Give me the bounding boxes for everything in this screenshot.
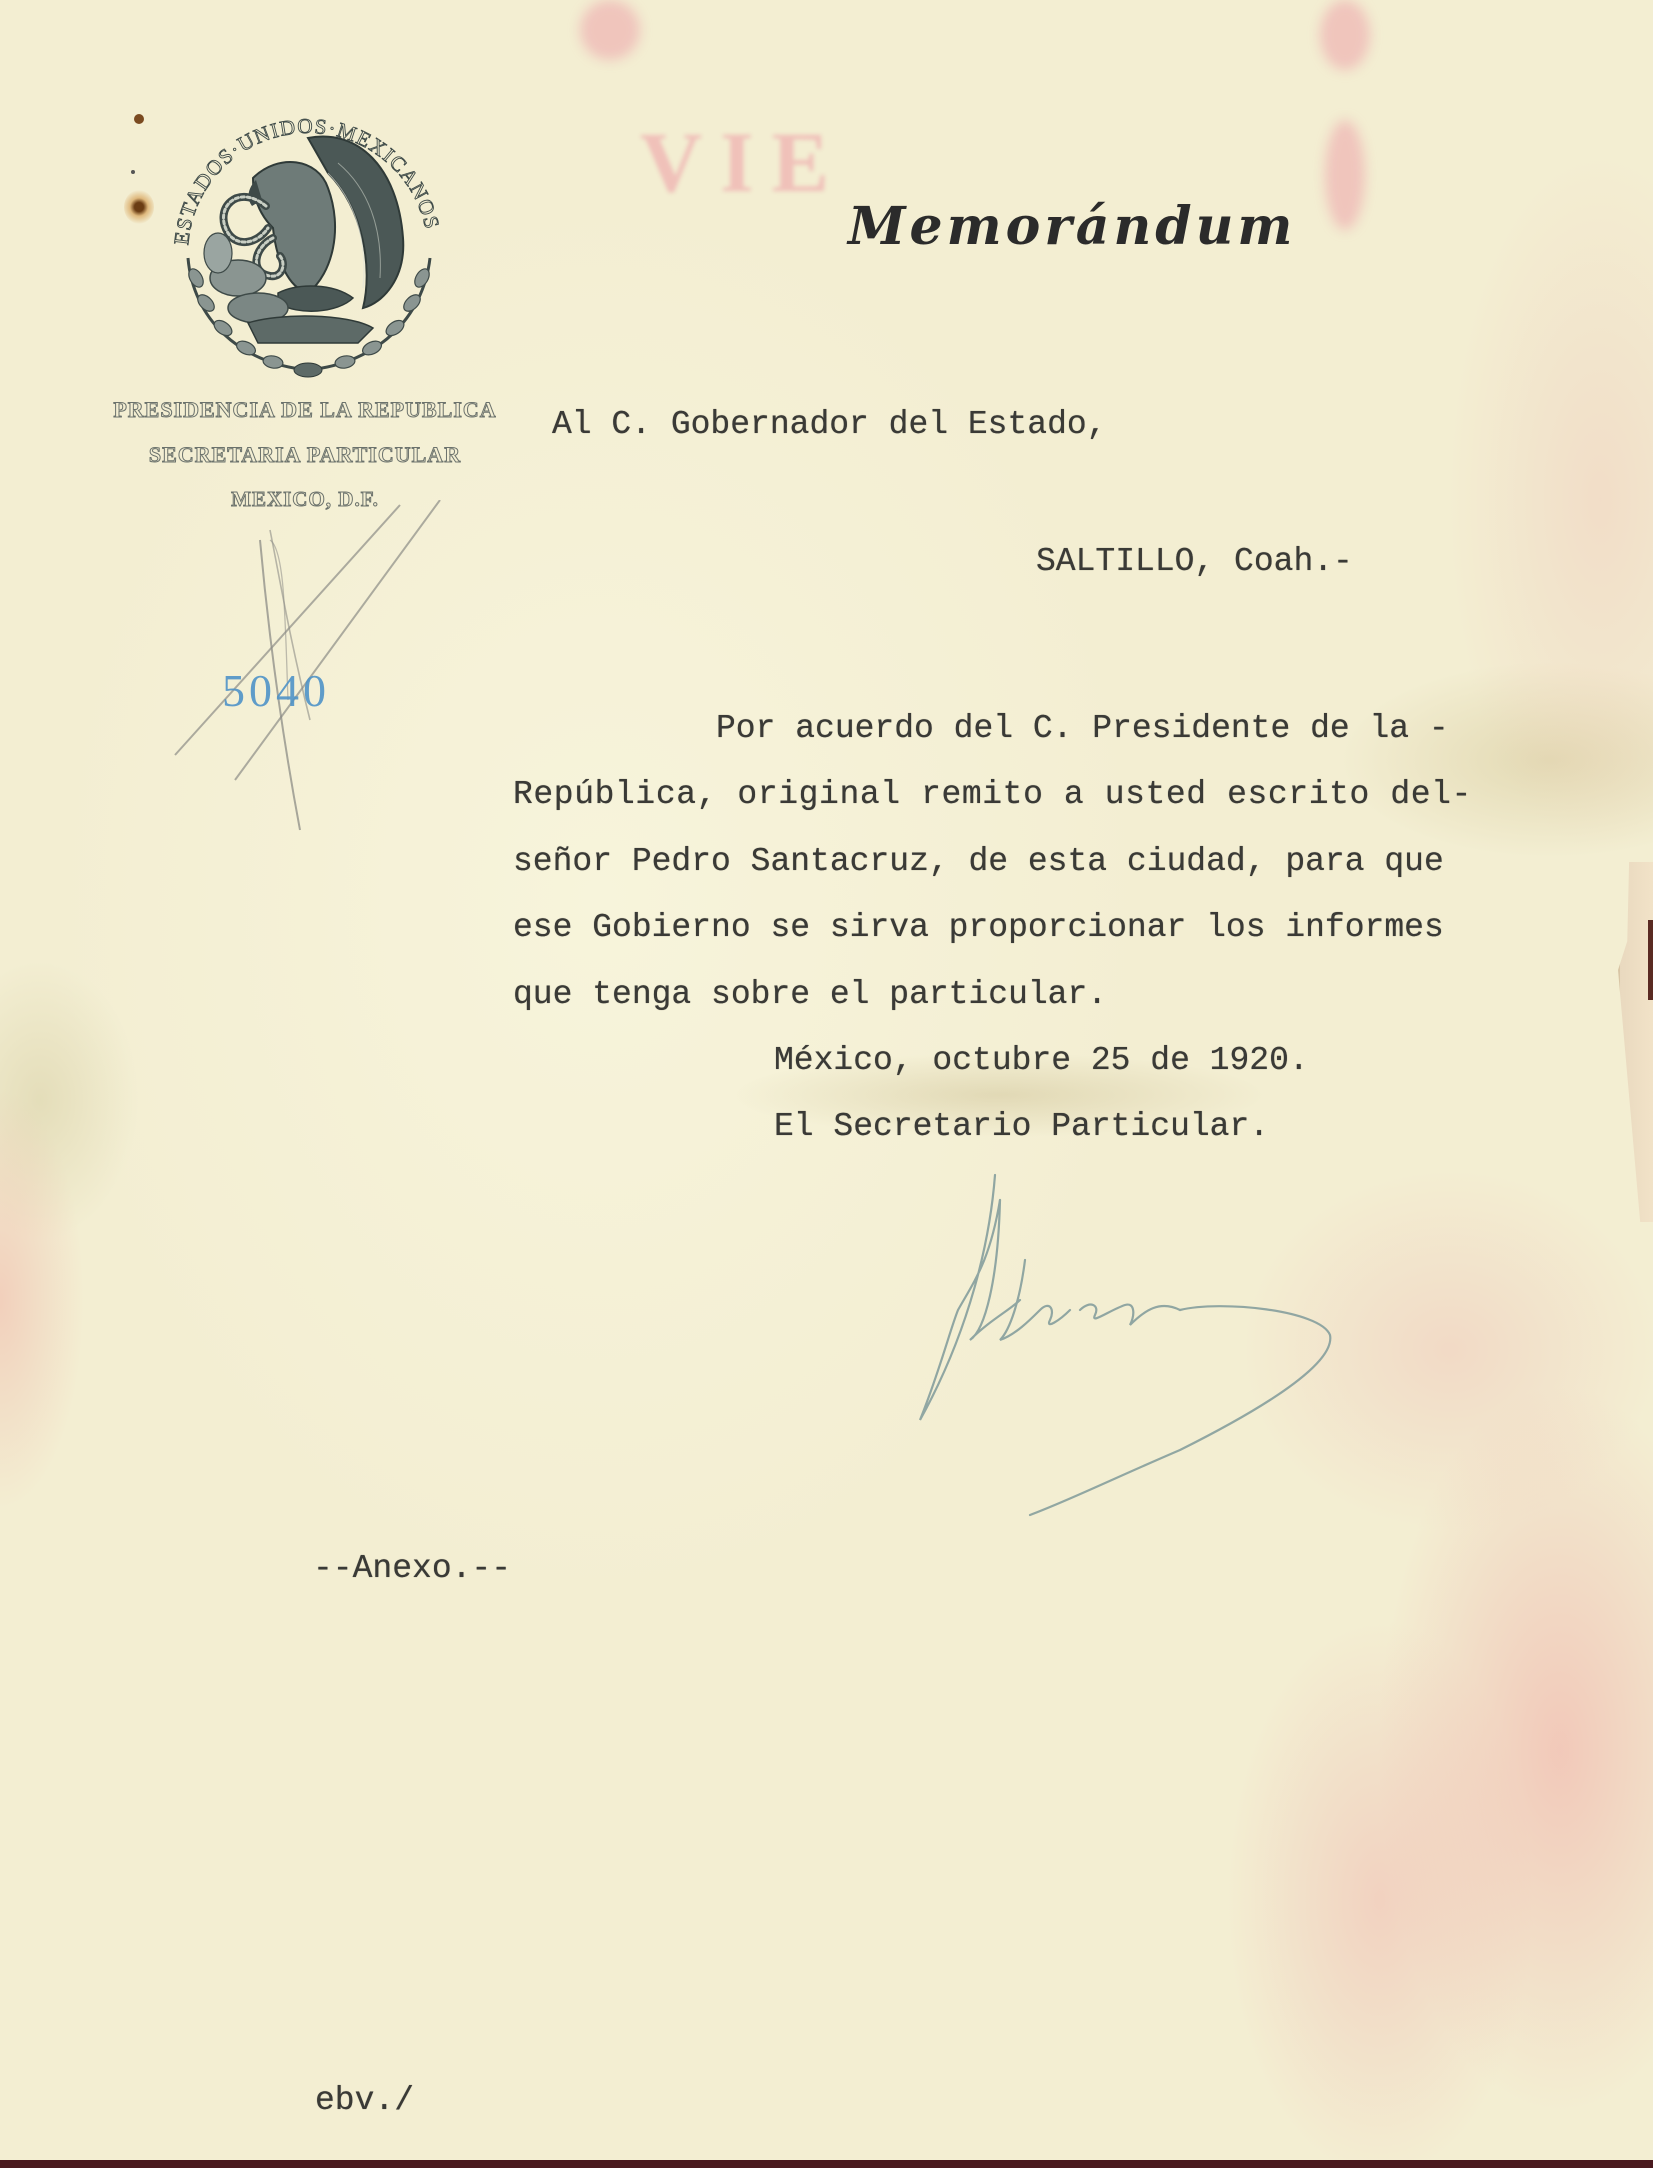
pink-stamp-blot	[1320, 0, 1370, 70]
handwritten-signature	[880, 1160, 1340, 1520]
body-line: ese Gobierno se sirva proporcionar los i…	[513, 911, 1444, 944]
scan-bottom-edge	[0, 2160, 1653, 2168]
addressee-city: SALTILLO, Coah.-	[1036, 545, 1353, 578]
memo-title: Memorándum	[848, 196, 1296, 257]
faded-pink-stamp: VIE	[640, 112, 847, 212]
memo-title-text: Memorándum	[848, 196, 1296, 257]
body-line: señor Pedro Santacruz, de esta ciudad, p…	[513, 845, 1444, 878]
rust-spot	[131, 170, 135, 174]
signer-title: El Secretario Particular.	[774, 1110, 1269, 1143]
rust-spot	[124, 190, 154, 224]
registry-number-stamp: 5040	[222, 664, 330, 717]
body-line: Por acuerdo del C. Presidente de la -	[716, 712, 1449, 745]
addressee-line: Al C. Gobernador del Estado,	[552, 408, 1107, 441]
fold-shadow	[1648, 920, 1653, 1000]
date-line: México, octubre 25 de 1920.	[774, 1044, 1309, 1077]
pink-stamp-blot	[1325, 120, 1365, 230]
typist-initials: ebv./	[315, 2084, 414, 2117]
letterhead-presidencia: PRESIDENCIA DE LA REPUBLICA	[80, 397, 530, 423]
enclosure-note: --Anexo.--	[313, 1552, 511, 1585]
body-line: que tenga sobre el particular.	[513, 978, 1107, 1011]
letterhead-secretaria: SECRETARIA PARTICULAR	[80, 442, 530, 468]
rust-spot	[134, 114, 144, 124]
body-line: República, original remito a usted escri…	[513, 778, 1472, 811]
pink-stamp-blot	[580, 0, 640, 60]
mexican-coat-of-arms-icon: ESTADOS·UNIDOS·MEXICANOS	[158, 88, 458, 388]
